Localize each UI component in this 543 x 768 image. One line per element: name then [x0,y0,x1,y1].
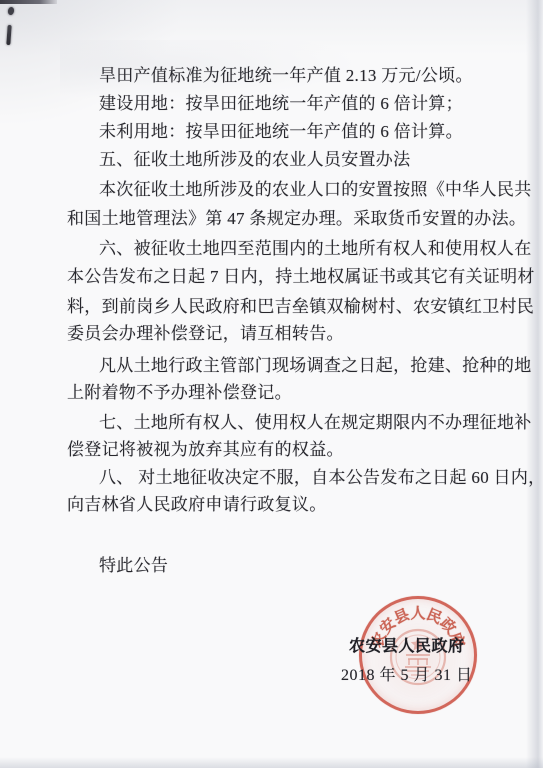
scanned-document-page: 旱田产值标准为征地统一年产值 2.13 万元/公顷。 建设用地：按旱田征地统一年… [0,0,543,768]
scan-top-edge-artifact [0,0,57,4]
doc-line: 六、被征收土地四至范围内的土地所有权人和使用权人在 [99,239,532,259]
doc-line: 向吉林省人民政府申请行政复议。 [67,495,327,515]
doc-line: 料，到前岗乡人民政府和巴吉垒镇双榆树村、农安镇红卫村民 [67,297,534,317]
doc-line: 委员会办理补偿登记，请互相转告。 [67,324,344,344]
staple-mark-icon [7,6,15,15]
doc-line: 本公告发布之日起 7 日内，持土地权属证书或其它有关证明材 [67,267,535,287]
doc-section-heading: 五、征收土地所涉及的农业人员安置办法 [99,150,410,170]
doc-line: 凡从土地行政主管部门现场调查之日起，抢建、抢种的地 [99,356,532,376]
doc-line: 建设用地：按旱田征地统一年产值的 6 倍计算； [99,94,463,114]
doc-line: 未利用地：按旱田征地统一年产值的 6 倍计算。 [99,122,463,142]
doc-line: 偿登记将被视为放弃其应有的权益。 [67,440,344,460]
staple-mark-icon [6,25,11,45]
doc-line: 和国土地管理法》第 47 条规定办理。采取货币安置的办法。 [67,209,526,229]
doc-line: 旱田产值标准为征地统一年产值 2.13 万元/公顷。 [99,66,473,86]
doc-closing-line: 特此公告 [99,556,168,576]
doc-line: 八、 对土地征收决定不服，自本公告发布之日起 60 日内， [99,468,543,488]
issuer-name: 农安县人民政府 [349,633,465,656]
doc-line: 上附着物不予办理补偿登记。 [67,383,292,403]
doc-line: 本次征收土地所涉及的农业人口的安置按照《中华人民共 [99,180,532,200]
doc-line: 七、土地所有权人、使用权人在规定期限内不办理征地补 [99,413,532,433]
issue-date: 2018 年 5 月 31 日 [341,662,473,685]
